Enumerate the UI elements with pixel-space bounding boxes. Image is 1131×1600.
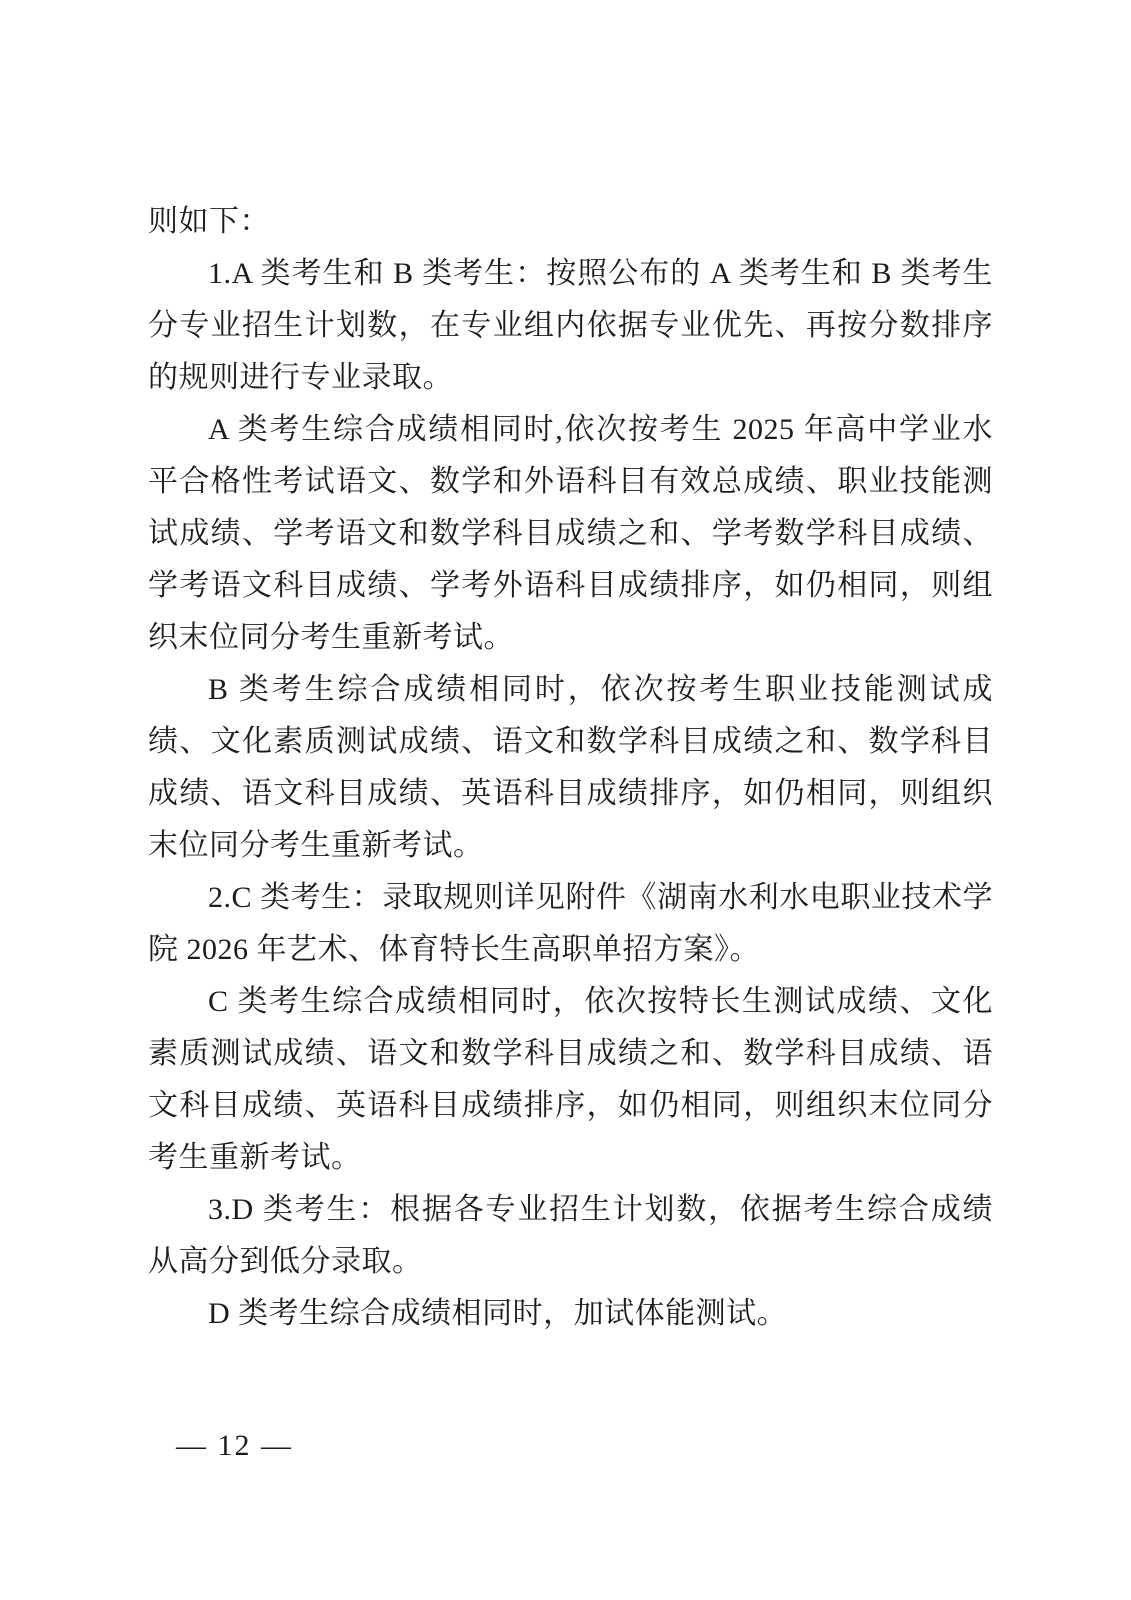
paragraph-rule-2-c: 2.C 类考生：录取规则详见附件《湖南水利水电职业技术学院 2026 年艺术、体… bbox=[148, 872, 993, 976]
paragraph-b-tiebreak: B 类考生综合成绩相同时，依次按考生职业技能测试成绩、文化素质测试成绩、语文和数… bbox=[148, 664, 993, 872]
paragraph-c-tiebreak: C 类考生综合成绩相同时，依次按特长生测试成绩、文化素质测试成绩、语文和数学科目… bbox=[148, 976, 993, 1184]
paragraph-rule-3-d: 3.D 类考生：根据各专业招生计划数，依据考生综合成绩从高分到低分录取。 bbox=[148, 1184, 993, 1288]
document-page: 则如下： 1.A 类考生和 B 类考生：按照公布的 A 类考生和 B 类考生分专… bbox=[0, 0, 1131, 1600]
paragraph-continuation: 则如下： bbox=[148, 196, 993, 248]
paragraph-a-tiebreak: A 类考生综合成绩相同时,依次按考生 2025 年高中学业水平合格性考试语文、数… bbox=[148, 404, 993, 664]
paragraph-rule-1-ab: 1.A 类考生和 B 类考生：按照公布的 A 类考生和 B 类考生分专业招生计划… bbox=[148, 248, 993, 404]
paragraph-d-tiebreak: D 类考生综合成绩相同时，加试体能测试。 bbox=[148, 1288, 993, 1340]
page-footer: — 12 — bbox=[176, 1428, 293, 1464]
page-number: — 12 — bbox=[176, 1429, 293, 1462]
document-body: 则如下： 1.A 类考生和 B 类考生：按照公布的 A 类考生和 B 类考生分专… bbox=[148, 196, 993, 1340]
